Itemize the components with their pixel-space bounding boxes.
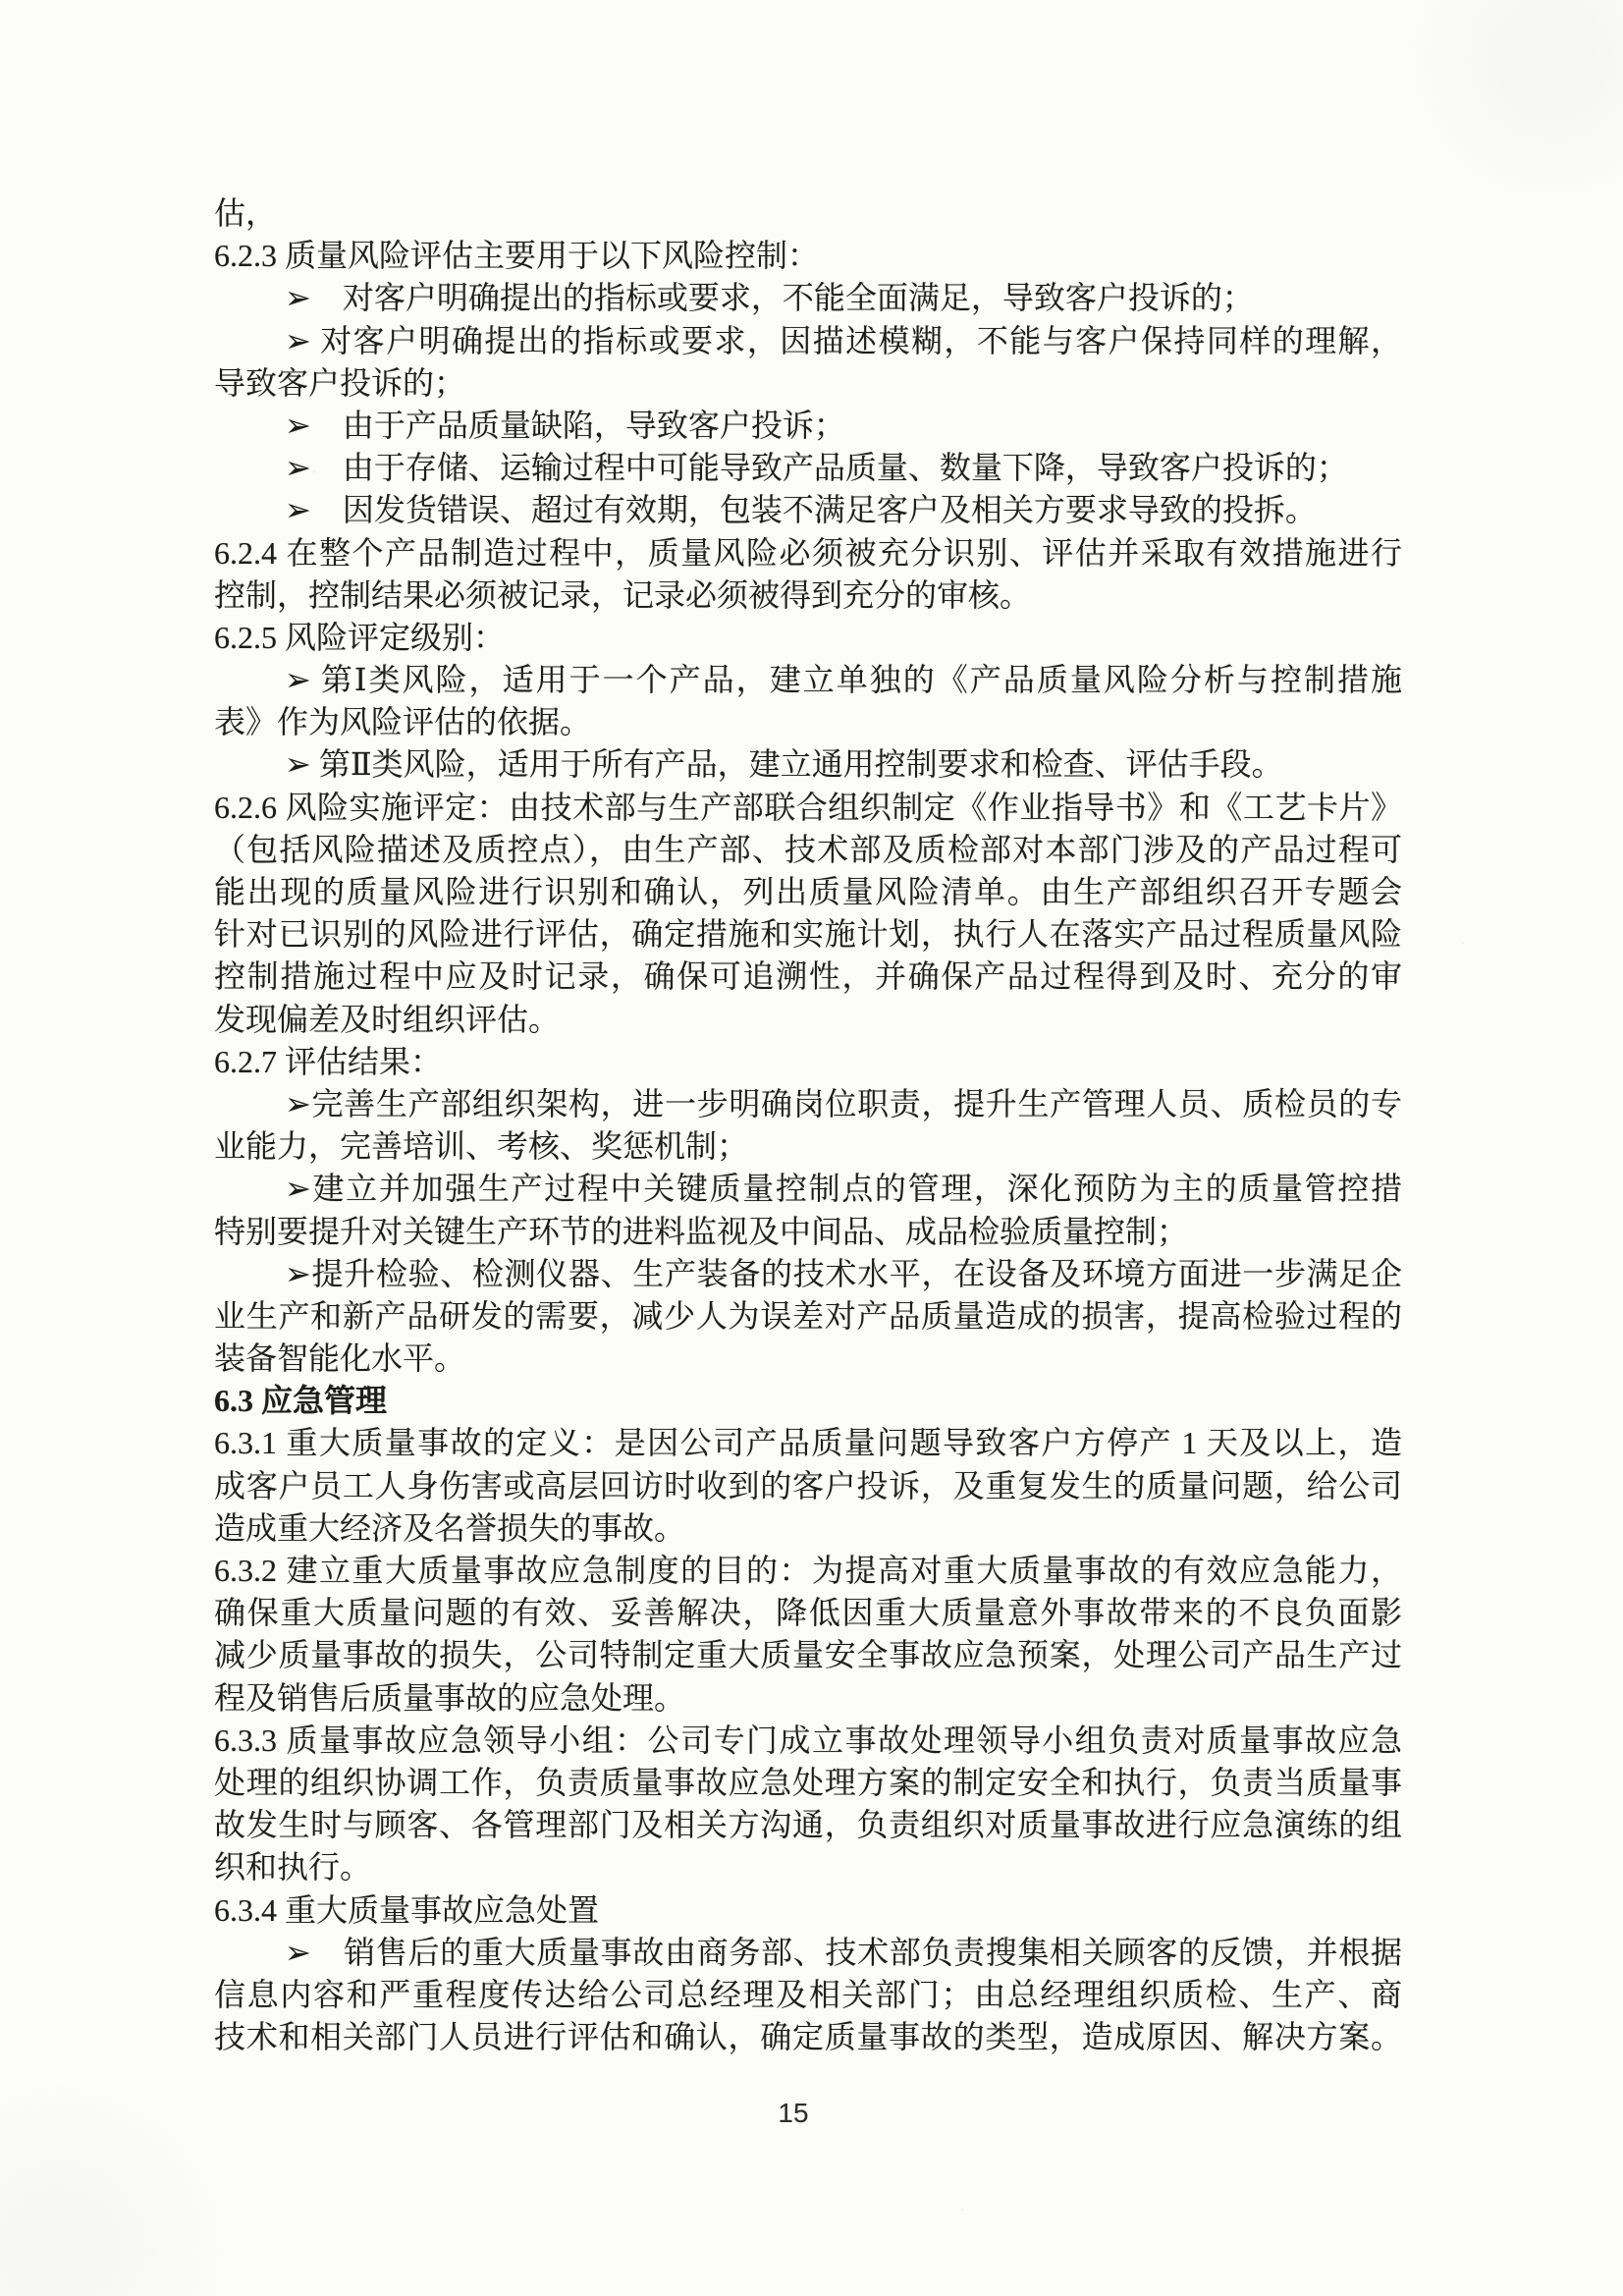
text-line: ➢ 销售后的重大质量事故由商务部、技术部负责搜集相关顾客的反馈，并根据 bbox=[214, 1932, 1402, 1974]
text-line: 导致客户投诉的； bbox=[214, 362, 1402, 405]
text-line: 6.2.5 风险评定级别： bbox=[214, 617, 1402, 659]
text-line: ➢ 由于存储、运输过程中可能导致产品质量、数量下降，导致客户投诉的； bbox=[214, 447, 1402, 489]
text-line: 成客户员工人身伤害或高层回访时收到的客户投诉，及重复发生的质量问题，给公司 bbox=[214, 1465, 1402, 1507]
text-line: 6.2.4 在整个产品制造过程中，质量风险必须被充分识别、评估并采取有效措施进行 bbox=[214, 532, 1402, 574]
text-line: 表》作为风险评估的依据。 bbox=[214, 701, 1402, 743]
text-line: ➢ 因发货错误、超过有效期，包装不满足客户及相关方要求导致的投拆。 bbox=[214, 489, 1402, 531]
text-block: 估，6.2.3 质量风险评估主要用于以下风险控制：➢ 对客户明确提出的指标或要求… bbox=[214, 192, 1402, 2058]
text-line: 业生产和新产品研发的需要，减少人为误差对产品质量造成的损害，提高检验过程的 bbox=[214, 1295, 1402, 1338]
text-line: 故发生时与顾客、各管理部门及相关方沟通，负责组织对质量事故进行应急演练的组 bbox=[214, 1804, 1402, 1846]
text-line: 装备智能化水平。 bbox=[214, 1338, 1402, 1380]
text-line: 6.2.6 风险实施评定：由技术部与生产部联合组织制定《作业指导书》和《工艺卡片… bbox=[214, 787, 1402, 829]
text-line: 造成重大经济及名誉损失的事故。 bbox=[214, 1507, 1402, 1550]
text-line: 6.3.3 质量事故应急领导小组：公司专门成立事故处理领导小组负责对质量事故应急 bbox=[214, 1720, 1402, 1762]
text-line: 估， bbox=[214, 192, 1402, 235]
scanned-document-page: 估，6.2.3 质量风险评估主要用于以下风险控制：➢ 对客户明确提出的指标或要求… bbox=[0, 0, 1623, 2296]
text-line: 控制，控制结果必须被记录，记录必须被得到充分的审核。 bbox=[214, 574, 1402, 617]
text-line: 确保重大质量问题的有效、妥善解决，降低因重大质量意外事故带来的不良负面影响， bbox=[214, 1592, 1402, 1634]
text-line: 6.2.3 质量风险评估主要用于以下风险控制： bbox=[214, 235, 1402, 277]
page-number: 15 bbox=[214, 2098, 1373, 2129]
text-line: ➢ 由于产品质量缺陷，导致客户投诉； bbox=[214, 405, 1402, 447]
text-line: 业能力，完善培训、考核、奖惩机制； bbox=[214, 1125, 1402, 1168]
text-line: 减少质量事故的损失，公司特制定重大质量安全事故应急预案，处理公司产品生产过 bbox=[214, 1634, 1402, 1676]
text-line: 发现偏差及时组织评估。 bbox=[214, 999, 1402, 1041]
text-line: ➢ 第Ⅱ类风险，适用于所有产品，建立通用控制要求和检查、评估手段。 bbox=[214, 743, 1402, 786]
text-line: 能出现的质量风险进行识别和确认，列出质量风险清单。由生产部组织召开专题会议， bbox=[214, 871, 1402, 913]
text-line: 程及销售后质量事故的应急处理。 bbox=[214, 1677, 1402, 1720]
text-line: ➢完善生产部组织架构，进一步明确岗位职责，提升生产管理人员、质检员的专 bbox=[214, 1083, 1402, 1125]
text-line: ➢ 对客户明确提出的指标或要求，不能全面满足，导致客户投诉的； bbox=[214, 277, 1402, 319]
text-line: 6.3.2 建立重大质量事故应急制度的目的：为提高对重大质量事故的有效应急能力， bbox=[214, 1550, 1402, 1592]
text-line: ➢提升检验、检测仪器、生产装备的技术水平，在设备及环境方面进一步满足企 bbox=[214, 1253, 1402, 1295]
text-line: 6.2.7 评估结果： bbox=[214, 1041, 1402, 1083]
text-line: 处理的组织协调工作，负责质量事故应急处理方案的制定安全和执行，负责当质量事 bbox=[214, 1762, 1402, 1804]
text-line: 信息内容和严重程度传达给公司总经理及相关部门；由总经理组织质检、生产、商务、 bbox=[214, 1974, 1402, 2016]
text-line: ➢ 对客户明确提出的指标或要求，因描述模糊，不能与客户保持同样的理解， bbox=[214, 320, 1402, 362]
text-line: 织和执行。 bbox=[214, 1846, 1402, 1888]
text-line: 特别要提升对关键生产环节的进料监视及中间品、成品检验质量控制； bbox=[214, 1211, 1402, 1253]
text-line: ➢ 第Ⅰ类风险，适用于一个产品，建立单独的《产品质量风险分析与控制措施 bbox=[214, 659, 1402, 701]
text-line: 6.3.1 重大质量事故的定义：是因公司产品质量问题导致客户方停产 1 天及以上… bbox=[214, 1422, 1402, 1464]
text-line: 针对已识别的风险进行评估，确定措施和实施计划，执行人在落实产品过程质量风险 bbox=[214, 913, 1402, 956]
text-line: ➢建立并加强生产过程中关键质量控制点的管理，深化预防为主的质量管控措施， bbox=[214, 1168, 1402, 1210]
text-line: （包括风险描述及质控点），由生产部、技术部及质检部对本部门涉及的产品过程可 bbox=[214, 829, 1402, 871]
section-heading-line: 6.3 应急管理 bbox=[214, 1380, 1402, 1422]
text-line: 6.3.4 重大质量事故应急处置 bbox=[214, 1889, 1402, 1932]
text-line: 技术和相关部门人员进行评估和确认，确定质量事故的类型，造成原因、解决方案。 bbox=[214, 2016, 1402, 2058]
text-line: 控制措施过程中应及时记录，确保可追溯性，并确保产品过程得到及时、充分的审核， bbox=[214, 956, 1402, 998]
